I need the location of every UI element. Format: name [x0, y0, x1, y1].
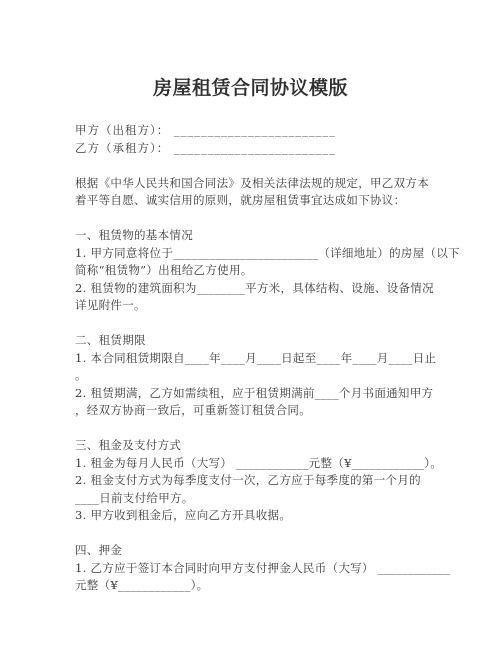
party-line-lessee: 乙方（承租方）： ________________________: [75, 140, 426, 158]
section-heading-1: 一、租赁物的基本情况: [75, 227, 426, 245]
party-line-lessor: 甲方（出租方）： ________________________: [75, 122, 426, 140]
section-leased-property: 一、租赁物的基本情况 1. 甲方同意将位于___________________…: [75, 227, 426, 315]
document-title: 房屋租赁合同协议模版: [75, 76, 426, 100]
contract-line: 详见附件一。: [75, 297, 426, 315]
contract-line: 3. 甲方收到租金后，应向乙方开具收据。: [75, 507, 426, 525]
contract-line: 简称“租赁物”）出租给乙方使用。: [75, 262, 426, 280]
contract-line: ____日前支付给甲方。: [75, 490, 426, 508]
contract-page: 房屋租赁合同协议模版 甲方（出租方）： ____________________…: [0, 0, 500, 647]
contract-line: 2. 租金支付方式为每季度支付一次，乙方应于每季度的第一个月的: [75, 472, 426, 490]
section-heading-4: 四、押金: [75, 542, 426, 560]
contract-line: 1. 租金为每月人民币（大写） ____________元整（¥________…: [75, 455, 426, 473]
section-heading-3: 三、租金及支付方式: [75, 437, 426, 455]
section-heading-2: 二、租赁期限: [75, 332, 426, 350]
contract-line: 2. 租赁期满，乙方如需续租，应于租赁期满前____个月书面通知甲方: [75, 385, 426, 403]
contract-line: 1. 甲方同意将位于________________________（详细地址）…: [75, 245, 426, 263]
section-deposit: 四、押金 1. 乙方应于签订本合同时向甲方支付押金人民币（大写） _______…: [75, 542, 426, 595]
intro-line-1: 根据《中华人民共和国合同法》及相关法律法规的规定，甲乙双方本: [75, 175, 426, 193]
contract-line: 1. 本合同租赁期限自____年____月____日起至____年____月__…: [75, 350, 426, 368]
contract-line: 元整（¥____________）。: [75, 577, 426, 595]
section-lease-term: 二、租赁期限 1. 本合同租赁期限自____年____月____日起至____年…: [75, 332, 426, 420]
contract-line: ，经双方协商一致后，可重新签订租赁合同。: [75, 402, 426, 420]
intro-line-2: 着平等自愿、诚实信用的原则，就房屋租赁事宜达成如下协议：: [75, 192, 426, 210]
section-rent-payment: 三、租金及支付方式 1. 租金为每月人民币（大写） ____________元整…: [75, 437, 426, 525]
contract-line: 2. 租赁物的建筑面积为________平方米，具体结构、设施、设备情况: [75, 280, 426, 298]
contract-line: 1. 乙方应于签订本合同时向甲方支付押金人民币（大写） ____________: [75, 560, 426, 578]
intro-paragraph: 根据《中华人民共和国合同法》及相关法律法规的规定，甲乙双方本 着平等自愿、诚实信…: [75, 175, 426, 210]
contract-line: 。: [75, 367, 426, 385]
party-block: 甲方（出租方）： ________________________ 乙方（承租方…: [75, 122, 426, 157]
